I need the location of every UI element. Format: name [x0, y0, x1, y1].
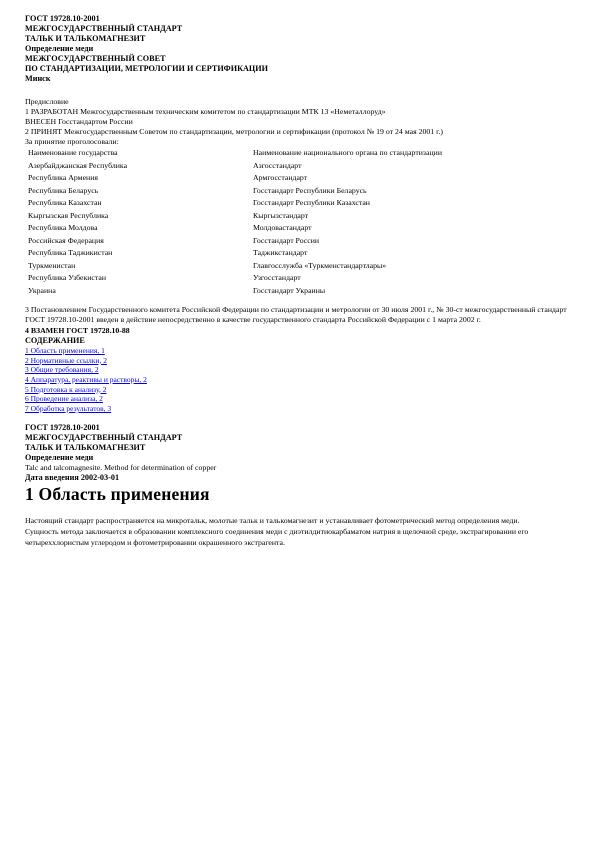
toc-line: 2 Нормативные ссылки, 2: [25, 356, 573, 366]
foreword-item-1: 1 РАЗРАБОТАН Межгосударственным техничес…: [25, 107, 573, 117]
state-name: Республика Таджикистан: [25, 247, 253, 260]
state-name: Туркменистан: [25, 260, 253, 273]
section-1-paragraph-2: Сущность метода заключается в образовани…: [25, 526, 573, 548]
toc-line: 1 Область применения, 1: [25, 346, 573, 356]
toc-link-analysis[interactable]: 6 Проведение анализа, 2: [25, 394, 103, 403]
vote-intro: За принятие проголосовали:: [25, 137, 573, 147]
table-row: Азербайджанская Республика Азгосстандарт: [25, 160, 573, 173]
document-subtitle-body: Определение меди: [25, 453, 573, 463]
toc-line: 4 Аппаратура, реактивы и растворы, 2: [25, 375, 573, 385]
table-row: Кыргызская Республика Кыргызстандарт: [25, 210, 573, 223]
document-title: ТАЛЬК И ТАЛЬКОМАГНЕЗИТ: [25, 34, 573, 44]
state-name: Украина: [25, 285, 253, 298]
contents-heading: СОДЕРЖАНИЕ: [25, 336, 573, 346]
vote-table: Наименование государства Наименование на…: [25, 147, 573, 297]
section-1-paragraph-1: Настоящий стандарт распространяется на м…: [25, 515, 573, 526]
document-page: ГОСТ 19728.10-2001 МЕЖГОСУДАРСТВЕННЫЙ СТ…: [0, 0, 595, 842]
state-name: Кыргызская Республика: [25, 210, 253, 223]
foreword-heading: Предисловие: [25, 97, 573, 107]
document-title-english: Talc and talcomagnesite. Method for dete…: [25, 463, 573, 473]
toc-link-normative-references[interactable]: 2 Нормативные ссылки, 2: [25, 356, 107, 365]
toc-link-processing-results[interactable]: 7 Обработка результатов, 3: [25, 404, 111, 413]
state-name: Республика Казахстан: [25, 197, 253, 210]
standards-body-name: Госстандарт Республики Казахстан: [253, 197, 573, 210]
state-name: Республика Армения: [25, 172, 253, 185]
foreword-item-3: 3 Постановлением Государственного комите…: [25, 305, 573, 326]
toc-line: 7 Обработка результатов, 3: [25, 404, 573, 414]
foreword-item-4: 4 ВЗАМЕН ГОСТ 19728.10-88: [25, 326, 573, 336]
toc-line: 5 Подготовка к анализу, 2: [25, 385, 573, 395]
state-name: Азербайджанская Республика: [25, 160, 253, 173]
table-row: Республика Казахстан Госстандарт Республ…: [25, 197, 573, 210]
table-row: Республика Беларусь Госстандарт Республи…: [25, 185, 573, 198]
council-block: МЕЖГОСУДАРСТВЕННЫЙ СОВЕТ ПО СТАНДАРТИЗАЦ…: [25, 54, 573, 84]
table-row: Республика Узбекистан Узгосстандарт: [25, 272, 573, 285]
standards-body-name: Госстандарт Украины: [253, 285, 573, 298]
standards-body-name: Главгосслужба «Туркменстандартлары»: [253, 260, 573, 273]
council-line-2: ПО СТАНДАРТИЗАЦИИ, МЕТРОЛОГИИ И СЕРТИФИК…: [25, 64, 573, 74]
doc-code-top: ГОСТ 19728.10-2001: [25, 14, 573, 24]
table-row: Республика Молдова Молдовастандарт: [25, 222, 573, 235]
table-of-contents: 1 Область применения, 1 2 Нормативные сс…: [25, 346, 573, 414]
toc-link-general-requirements[interactable]: 3 Общие требования, 2: [25, 365, 99, 374]
toc-line: 3 Общие требования, 2: [25, 365, 573, 375]
standards-body-name: Узгосстандарт: [253, 272, 573, 285]
standards-body-name: Азгосстандарт: [253, 160, 573, 173]
toc-link-scope[interactable]: 1 Область применения, 1: [25, 346, 105, 355]
table-row: Туркменистан Главгосслужба «Туркменстанд…: [25, 260, 573, 273]
standards-body-name: Армгосстандарт: [253, 172, 573, 185]
standards-body-name: Госстандарт России: [253, 235, 573, 248]
table-row: Украина Госстандарт Украины: [25, 285, 573, 298]
vote-table-col2-header: Наименование национального органа по ста…: [253, 147, 573, 160]
effective-date: Дата введения 2002-03-01: [25, 473, 573, 483]
foreword-item-2: 2 ПРИНЯТ Межгосударственным Советом по с…: [25, 127, 573, 137]
foreword-submitted: ВНЕСЕН Госстандартом России: [25, 117, 573, 127]
standard-type-label-body: МЕЖГОСУДАРСТВЕННЫЙ СТАНДАРТ: [25, 433, 573, 443]
standards-body-name: Госстандарт Республики Беларусь: [253, 185, 573, 198]
state-name: Республика Беларусь: [25, 185, 253, 198]
document-subtitle: Определение меди: [25, 44, 573, 54]
standards-body-name: Молдовастандарт: [253, 222, 573, 235]
standards-body-name: Таджикстандарт: [253, 247, 573, 260]
table-row: Республика Армения Армгосстандарт: [25, 172, 573, 185]
state-name: Республика Молдова: [25, 222, 253, 235]
council-line-1: МЕЖГОСУДАРСТВЕННЫЙ СОВЕТ: [25, 54, 573, 64]
vote-table-col1-header: Наименование государства: [25, 147, 253, 160]
toc-link-apparatus-reagents[interactable]: 4 Аппаратура, реактивы и растворы, 2: [25, 375, 147, 384]
vote-table-header-row: Наименование государства Наименование на…: [25, 147, 573, 160]
doc-code-body: ГОСТ 19728.10-2001: [25, 423, 573, 433]
state-name: Российская Федерация: [25, 235, 253, 248]
document-title-body: ТАЛЬК И ТАЛЬКОМАГНЕЗИТ: [25, 443, 573, 453]
council-city: Минск: [25, 74, 573, 84]
table-row: Российская Федерация Госстандарт России: [25, 235, 573, 248]
toc-link-preparation[interactable]: 5 Подготовка к анализу, 2: [25, 385, 106, 394]
section-1-heading: 1 Область применения: [25, 483, 573, 505]
standards-body-name: Кыргызстандарт: [253, 210, 573, 223]
state-name: Республика Узбекистан: [25, 272, 253, 285]
standard-type-label: МЕЖГОСУДАРСТВЕННЫЙ СТАНДАРТ: [25, 24, 573, 34]
table-row: Республика Таджикистан Таджикстандарт: [25, 247, 573, 260]
toc-line: 6 Проведение анализа, 2: [25, 394, 573, 404]
